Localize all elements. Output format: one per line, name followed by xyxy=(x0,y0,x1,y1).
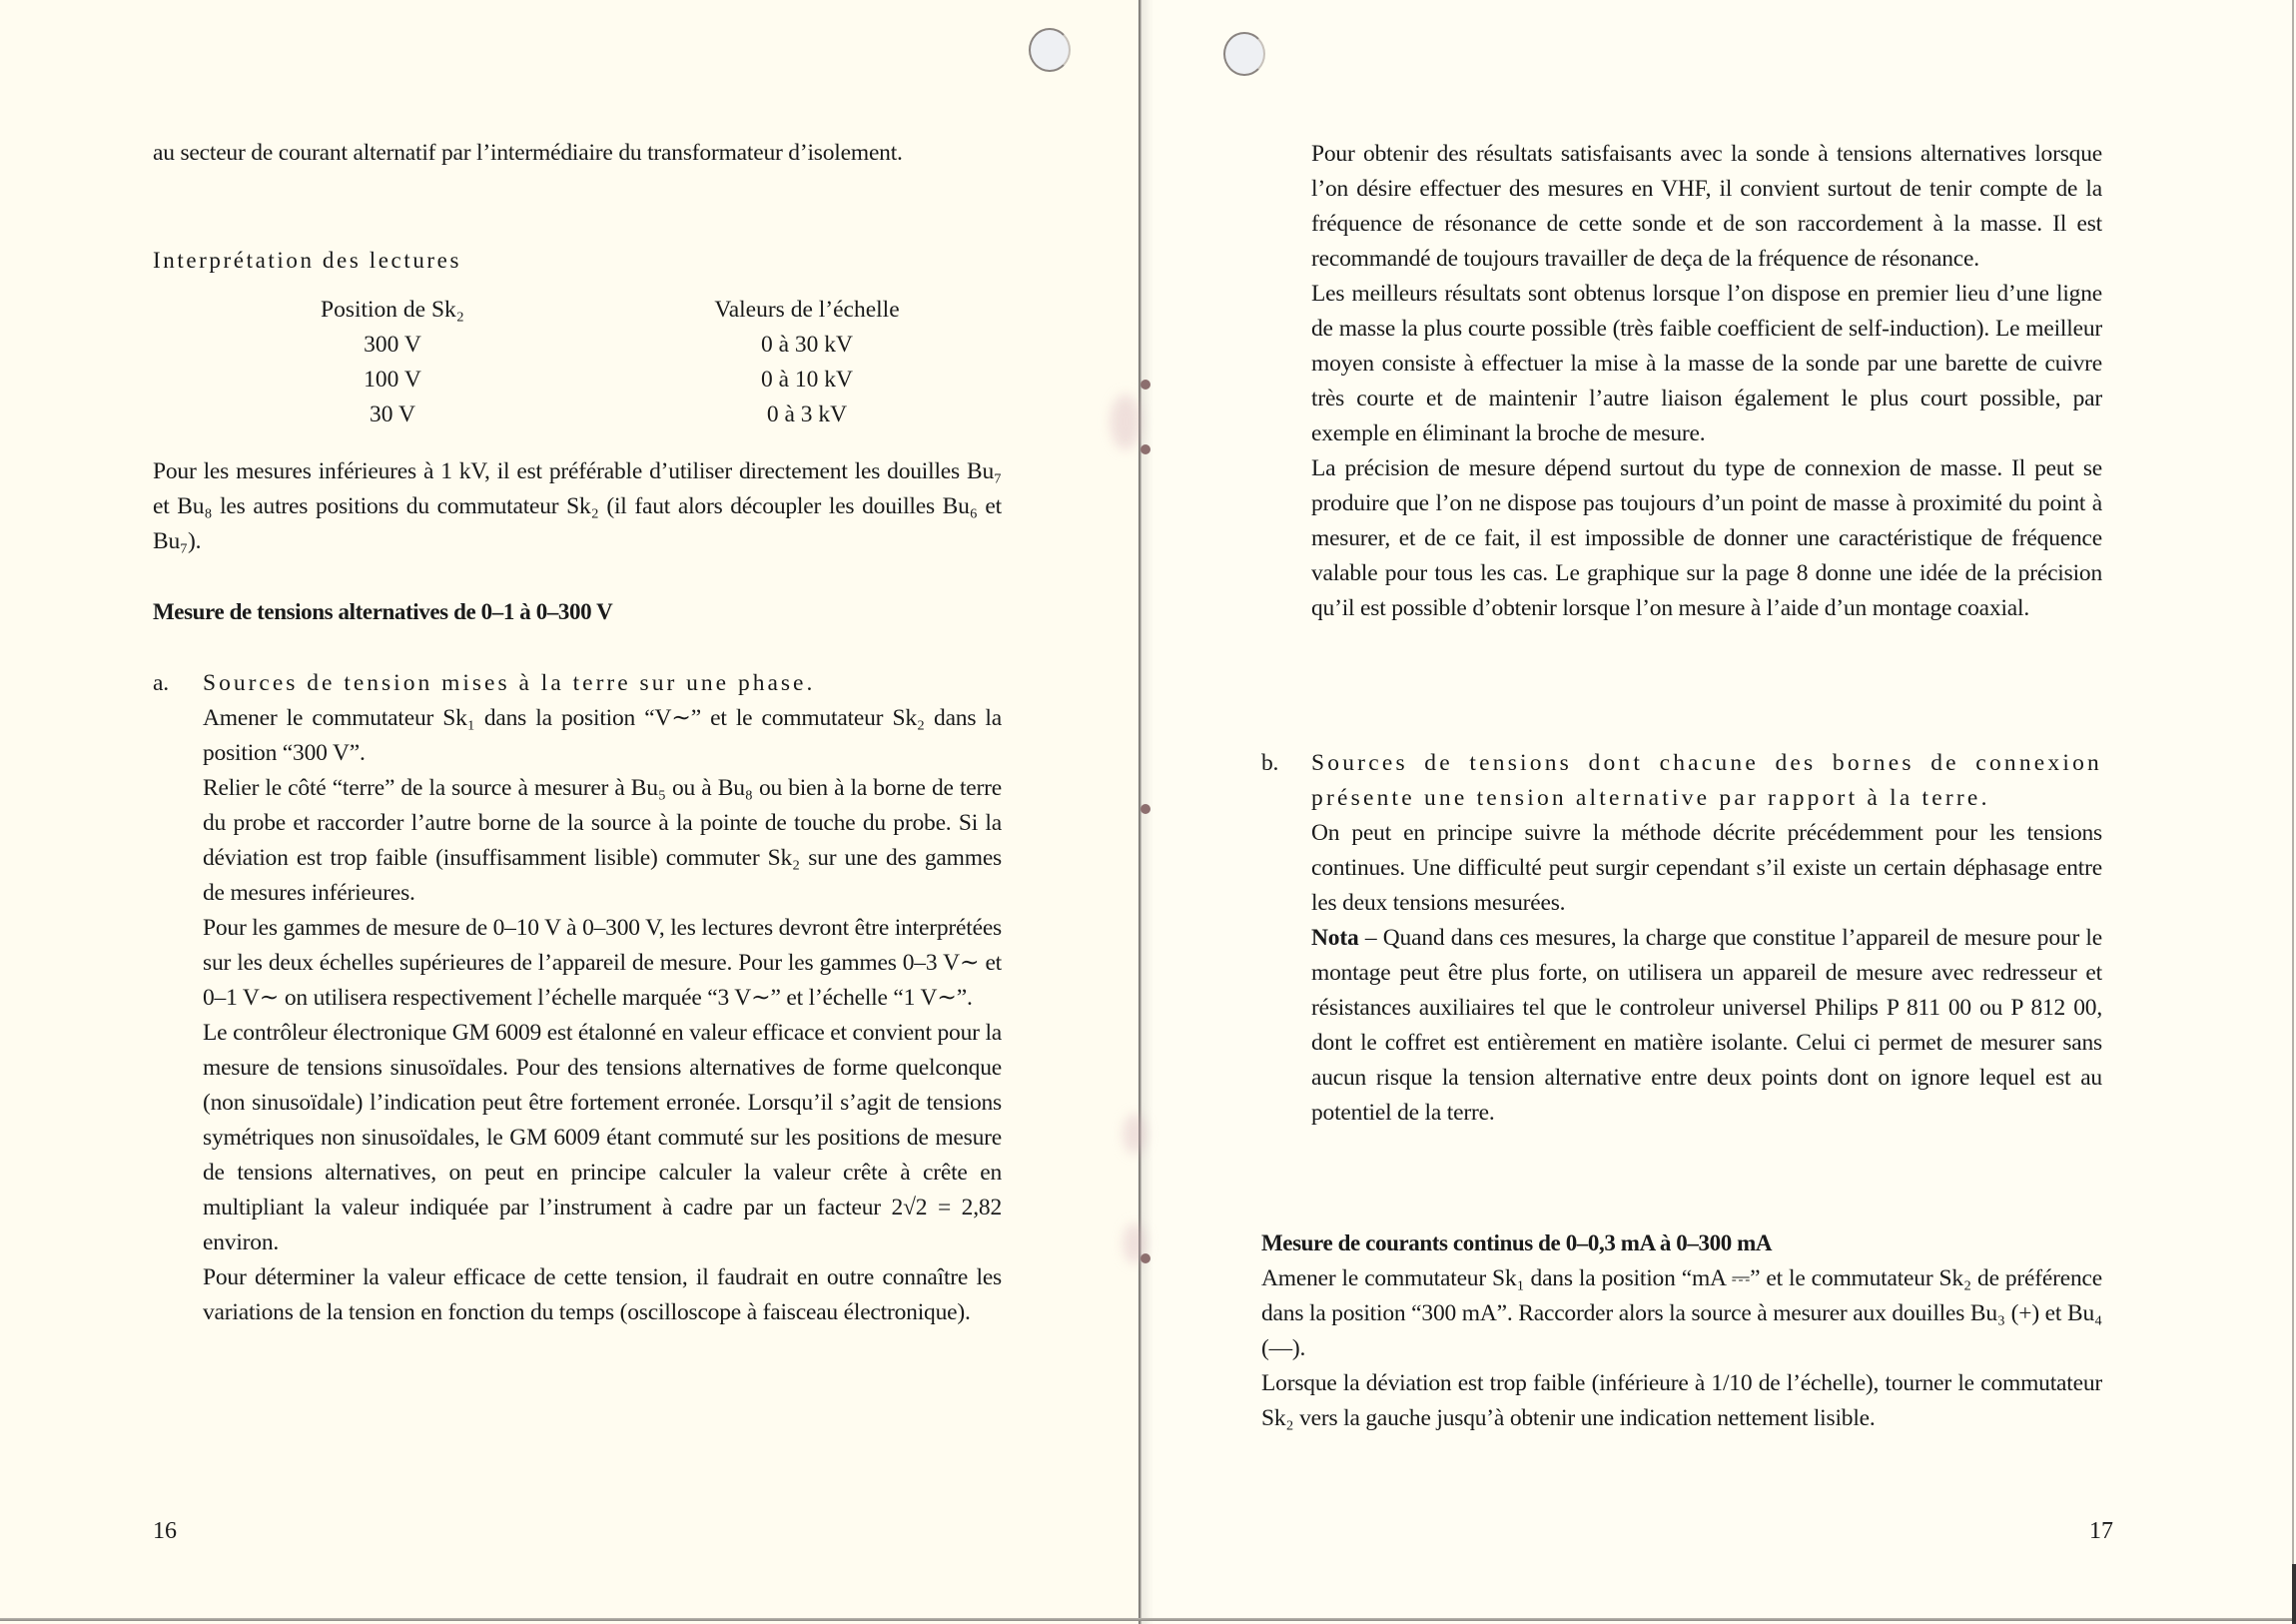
interpretation-heading: Interprétation des lectures xyxy=(153,243,1002,278)
paragraph: Pour obtenir des résultats satisfaisants… xyxy=(1311,137,2102,277)
paragraph: Amener le commutateur Sk₁ dans la positi… xyxy=(203,701,1002,771)
table-cell: 0 à 30 kV xyxy=(677,328,937,363)
left-page: au secteur de courant alternatif par l’i… xyxy=(0,0,1139,1624)
paragraph: Pour déterminer la valeur efficace de ce… xyxy=(203,1260,1002,1330)
nota-paragraph: Nota – Quand dans ces mesures, la charge… xyxy=(1311,921,2102,1131)
paragraph: Lorsque la déviation est trop faible (in… xyxy=(1261,1366,2102,1436)
readings-table-col-position: Position de Sk₂ 300 V 100 V 30 V xyxy=(283,293,502,432)
nota-label: Nota xyxy=(1311,925,1359,951)
paragraph: Pour les gammes de mesure de 0–10 V à 0–… xyxy=(203,911,1002,1016)
list-item-title: Sources de tensions dont chacune des bor… xyxy=(1311,746,2102,816)
table-cell: 100 V xyxy=(283,363,502,398)
page-number-left: 16 xyxy=(153,1518,177,1545)
section-heading-dc: Mesure de courants continus de 0–0,3 mA … xyxy=(1261,1225,2102,1260)
list-item-body: Sources de tensions dont chacune des bor… xyxy=(1311,746,2102,1131)
page-bottom-edge xyxy=(0,1618,2296,1621)
section-paragraphs: Amener le commutateur Sk₁ dans la positi… xyxy=(1261,1261,2102,1436)
list-item-body: Sources de tension mises à la terre sur … xyxy=(203,666,1002,1330)
booklet-spread: au secteur de courant alternatif par l’i… xyxy=(0,0,2296,1624)
table-cell: 300 V xyxy=(283,328,502,363)
table-cell: 30 V xyxy=(283,398,502,432)
paragraph: Les meilleurs résultats sont obtenus lor… xyxy=(1311,277,2102,451)
table-cell: 0 à 10 kV xyxy=(677,363,937,398)
stain xyxy=(1111,395,1141,449)
paragraph: Relier le côté “terre” de la source à me… xyxy=(203,771,1002,911)
list-item-a: a. Sources de tension mises à la terre s… xyxy=(153,666,1002,1485)
page-number-right: 17 xyxy=(2089,1518,2113,1545)
paragraph: Le contrôleur électronique GM 6009 est é… xyxy=(203,1016,1002,1260)
punch-hole-right xyxy=(1223,32,1265,76)
list-marker: a. xyxy=(153,666,169,701)
list-item-title: Sources de tension mises à la terre sur … xyxy=(203,666,1002,701)
table-header: Valeurs de l’échelle xyxy=(677,293,937,328)
section-heading-ac: Mesure de tensions alternatives de 0–1 à… xyxy=(153,594,1002,629)
readings-table: Position de Sk₂ 300 V 100 V 30 V Valeurs… xyxy=(153,293,1002,442)
paragraph: La précision de mesure dépend surtout du… xyxy=(1311,451,2102,626)
list-item-b: b. Sources de tensions dont chacune des … xyxy=(1261,746,2102,1206)
readings-table-col-scale: Valeurs de l’échelle 0 à 30 kV 0 à 10 kV… xyxy=(677,293,937,432)
table-cell: 0 à 3 kV xyxy=(677,398,937,432)
nota-text: – Quand dans ces mesures, la charge que … xyxy=(1311,925,2102,1126)
table-header: Position de Sk₂ xyxy=(283,293,502,328)
paragraph: On peut en principe suivre la méthode dé… xyxy=(1311,816,2102,921)
punch-hole-left xyxy=(1029,28,1071,72)
paragraph: Amener le commutateur Sk₁ dans la positi… xyxy=(1261,1261,2102,1366)
note-paragraph: Pour les mesures inférieures à 1 kV, il … xyxy=(153,454,1002,559)
page-right-edge xyxy=(2292,0,2294,1624)
list-marker: b. xyxy=(1261,746,1278,781)
intro-paragraph: au secteur de courant alternatif par l’i… xyxy=(153,136,1002,171)
scan-edge-shadow xyxy=(2292,1564,2296,1624)
right-paragraphs: Pour obtenir des résultats satisfaisants… xyxy=(1311,137,2102,626)
